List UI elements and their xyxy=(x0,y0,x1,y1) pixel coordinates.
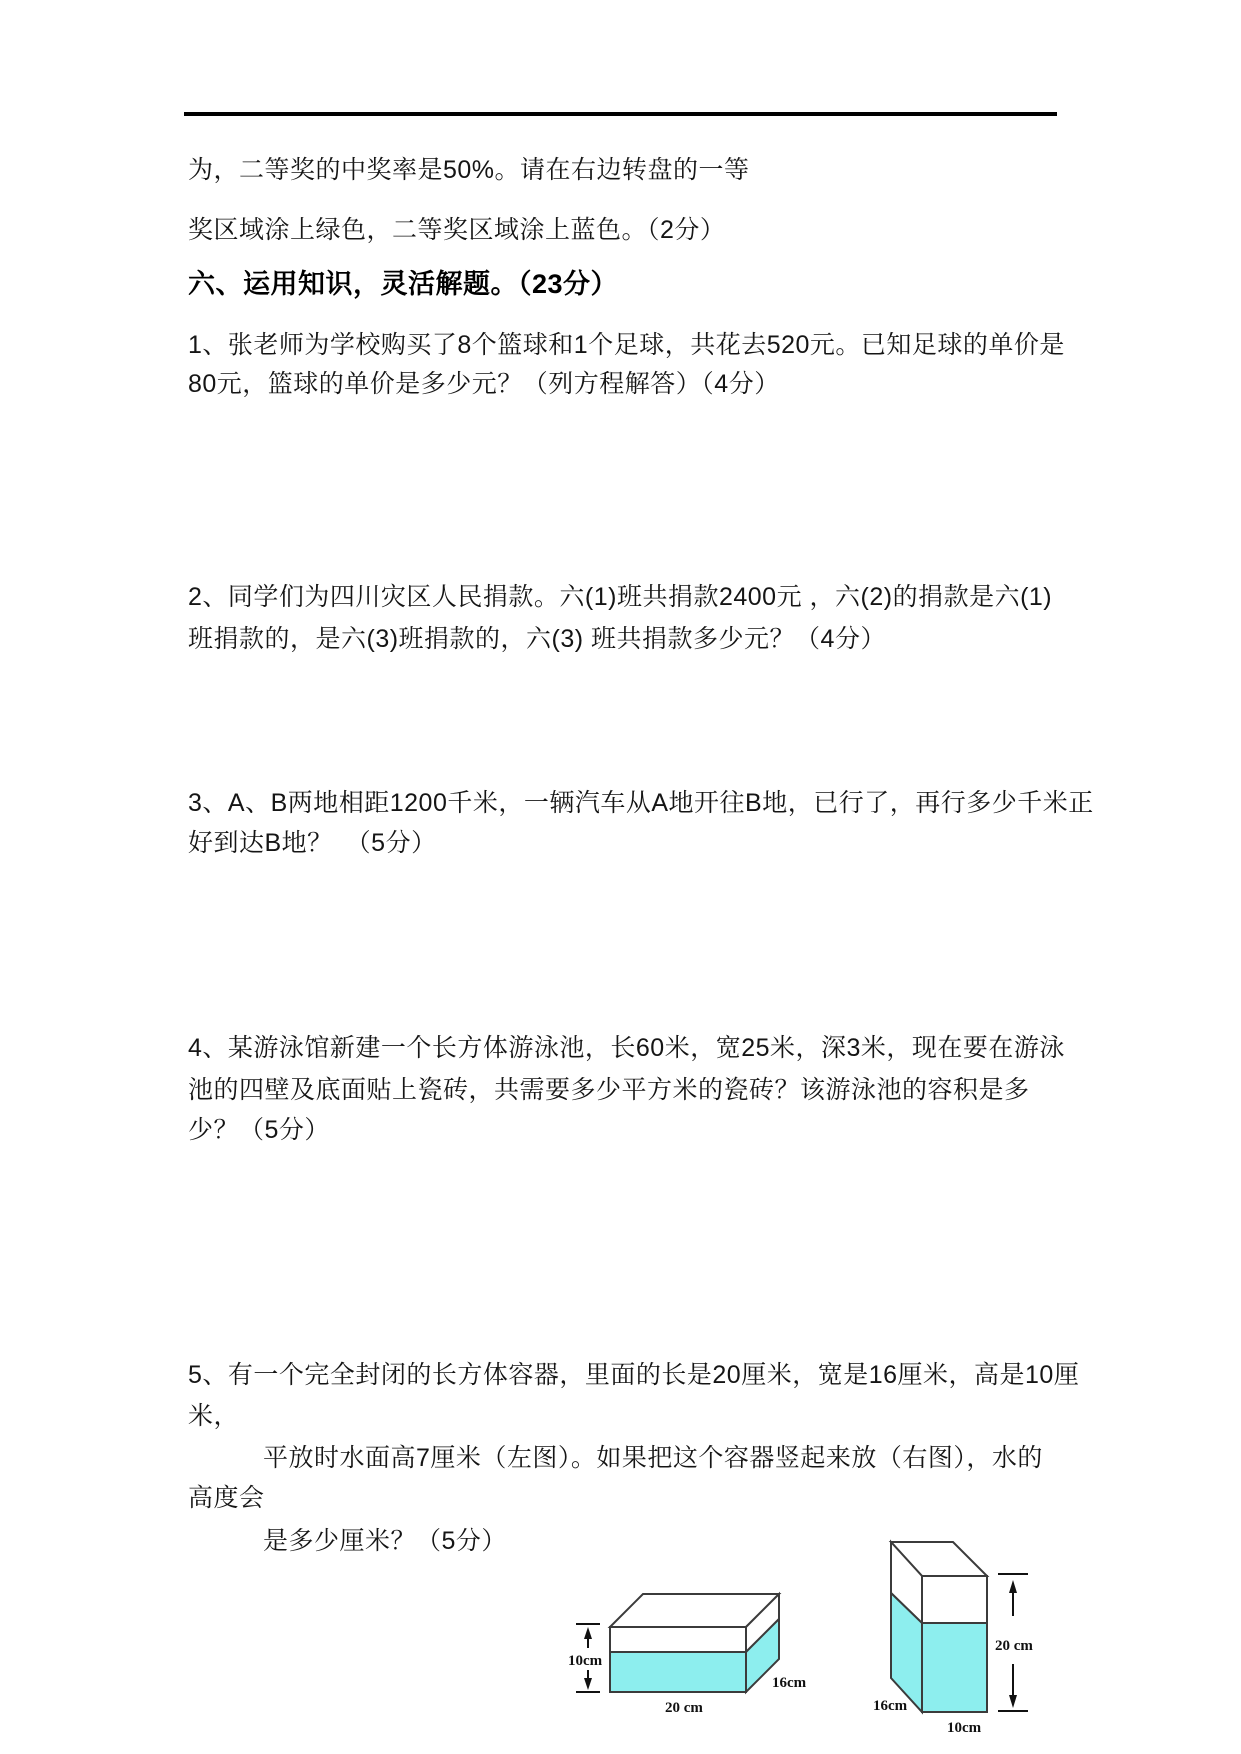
q5-line-4: 高度会 xyxy=(188,1484,265,1512)
left-box-depth-label: 16cm xyxy=(772,1675,807,1691)
exam-page: 为，二等奖的中奖率是50%。请在右边转盘的一等 奖区域涂上绿色，二等奖区域涂上蓝… xyxy=(0,0,1241,1754)
q1-line-2: 80元，篮球的单价是多少元？（列方程解答）（4分） xyxy=(188,370,780,398)
intro-line-1: 为，二等奖的中奖率是50%。请在右边转盘的一等 xyxy=(188,156,750,184)
intro-line-2: 奖区域涂上绿色，二等奖区域涂上蓝色。（2分） xyxy=(188,216,725,244)
q2-line-1: 2、同学们为四川灾区人民捐款。六(1)班共捐款2400元 ，六(2)的捐款是六(… xyxy=(188,583,1052,611)
section-heading: 六、运用知识，灵活解题。（23分） xyxy=(188,270,618,298)
left-box-front-face-water xyxy=(610,1652,746,1692)
q5-line-5: 是多少厘米？（5分） xyxy=(263,1527,507,1555)
left-box-height-label: 10cm xyxy=(568,1653,603,1669)
q3-line-1: 3、A、B两地相距1200千米，一辆汽车从A地开往B地，已行了，再行多少千米正 xyxy=(188,789,1094,817)
right-box-height-label: 20 cm xyxy=(995,1638,1033,1654)
q5-line-2: 米， xyxy=(188,1402,239,1430)
q2-line-2: 班捐款的，是六(3)班捐款的，六(3) 班共捐款多少元？（4分） xyxy=(188,625,886,653)
q4-line-1: 4、某游泳馆新建一个长方体游泳池，长60米，宽25米，深3米，现在要在游泳 xyxy=(188,1034,1065,1062)
right-box-depth-label: 16cm xyxy=(873,1698,908,1714)
q5-diagram: 10cm 20 cm 16cm 20 cm 16cm 10cm xyxy=(540,1530,1050,1754)
left-box-width-label: 20 cm xyxy=(665,1700,703,1716)
right-box-width-label: 10cm xyxy=(947,1720,982,1736)
q3-line-2: 好到达B地？ （5分） xyxy=(188,829,437,857)
right-box-front-face-air xyxy=(922,1576,987,1623)
q4-line-2: 池的四壁及底面贴上瓷砖，共需要多少平方米的瓷砖？该游泳池的容积是多 xyxy=(188,1076,1030,1104)
right-box-figure: 20 cm 16cm 10cm xyxy=(873,1542,1033,1736)
q4-line-3: 少？（5分） xyxy=(188,1116,330,1144)
header-rule xyxy=(184,112,1057,116)
q1-line-1: 1、张老师为学校购买了8个篮球和1个足球，共花去520元。已知足球的单价是 xyxy=(188,331,1065,359)
left-box-figure: 10cm 20 cm 16cm xyxy=(568,1594,807,1716)
left-box-front-face-air xyxy=(610,1627,746,1652)
q5-line-1: 5、有一个完全封闭的长方体容器，里面的长是20厘米，宽是16厘米，高是10厘 xyxy=(188,1361,1079,1389)
right-box-front-face-water xyxy=(922,1623,987,1712)
q5-line-3: 平放时水面高7厘米（左图）。如果把这个容器竖起来放（右图），水的 xyxy=(263,1444,1043,1472)
